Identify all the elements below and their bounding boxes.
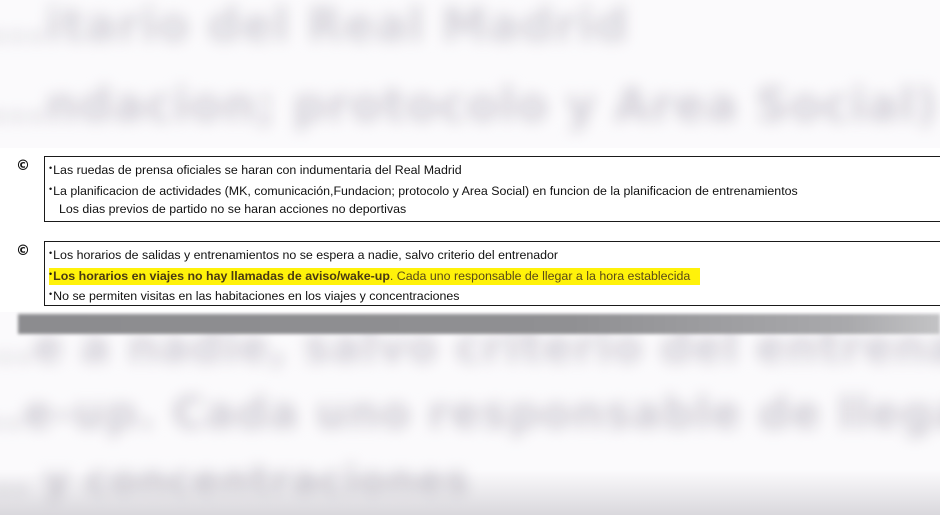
blurred-heading-line: ...itario del Real Madrid [0,0,629,52]
bottom-shadow [0,470,940,515]
rule-text: La planificacion de actividades (MK, com… [53,184,798,198]
rule-text: Los dias previos de partido no se haran … [59,202,406,216]
rule-line: •La planificacion de actividades (MK, co… [49,179,940,200]
bullet-icon: • [49,248,52,258]
rule-text: Las ruedas de prensa oficiales se haran … [53,163,461,177]
rule-text: Los horarios de salidas y entrenamientos… [53,248,558,262]
blurred-heading-line: ...ndacion; protocolo y Area Social) en … [0,78,940,132]
rule-line: •No se permiten visitas en las habitacio… [49,284,940,305]
rules-box: •Los horarios de salidas y entrenamiento… [44,241,940,306]
rule-line: •Las ruedas de prensa oficiales se haran… [49,158,940,179]
rule-line: •Los horarios de salidas y entrenamiento… [49,243,940,264]
rule-text: . Cada uno responsable de llegar a la ho… [390,269,690,283]
bullet-icon: • [49,163,52,173]
rules-box: •Las ruedas de prensa oficiales se haran… [44,156,940,222]
blurred-text-line: ...e-up. Cada uno responsable de llegar … [0,388,940,439]
copyright-icon: © [16,243,30,259]
copyright-icon: © [16,158,30,174]
redaction-bar [18,314,940,334]
rule-line: Los dias previos de partido no se haran … [49,199,940,220]
bullet-icon: • [49,184,52,194]
text-highlight: •Los horarios en viajes no hay llamadas … [49,268,700,285]
bullet-icon: • [49,269,52,279]
rule-text-emphasis: Los horarios en viajes no hay llamadas d… [53,269,390,283]
rule-line-highlighted: •Los horarios en viajes no hay llamadas … [49,264,940,285]
rule-text: No se permiten visitas en las habitacion… [53,289,459,303]
bullet-icon: • [49,289,52,299]
